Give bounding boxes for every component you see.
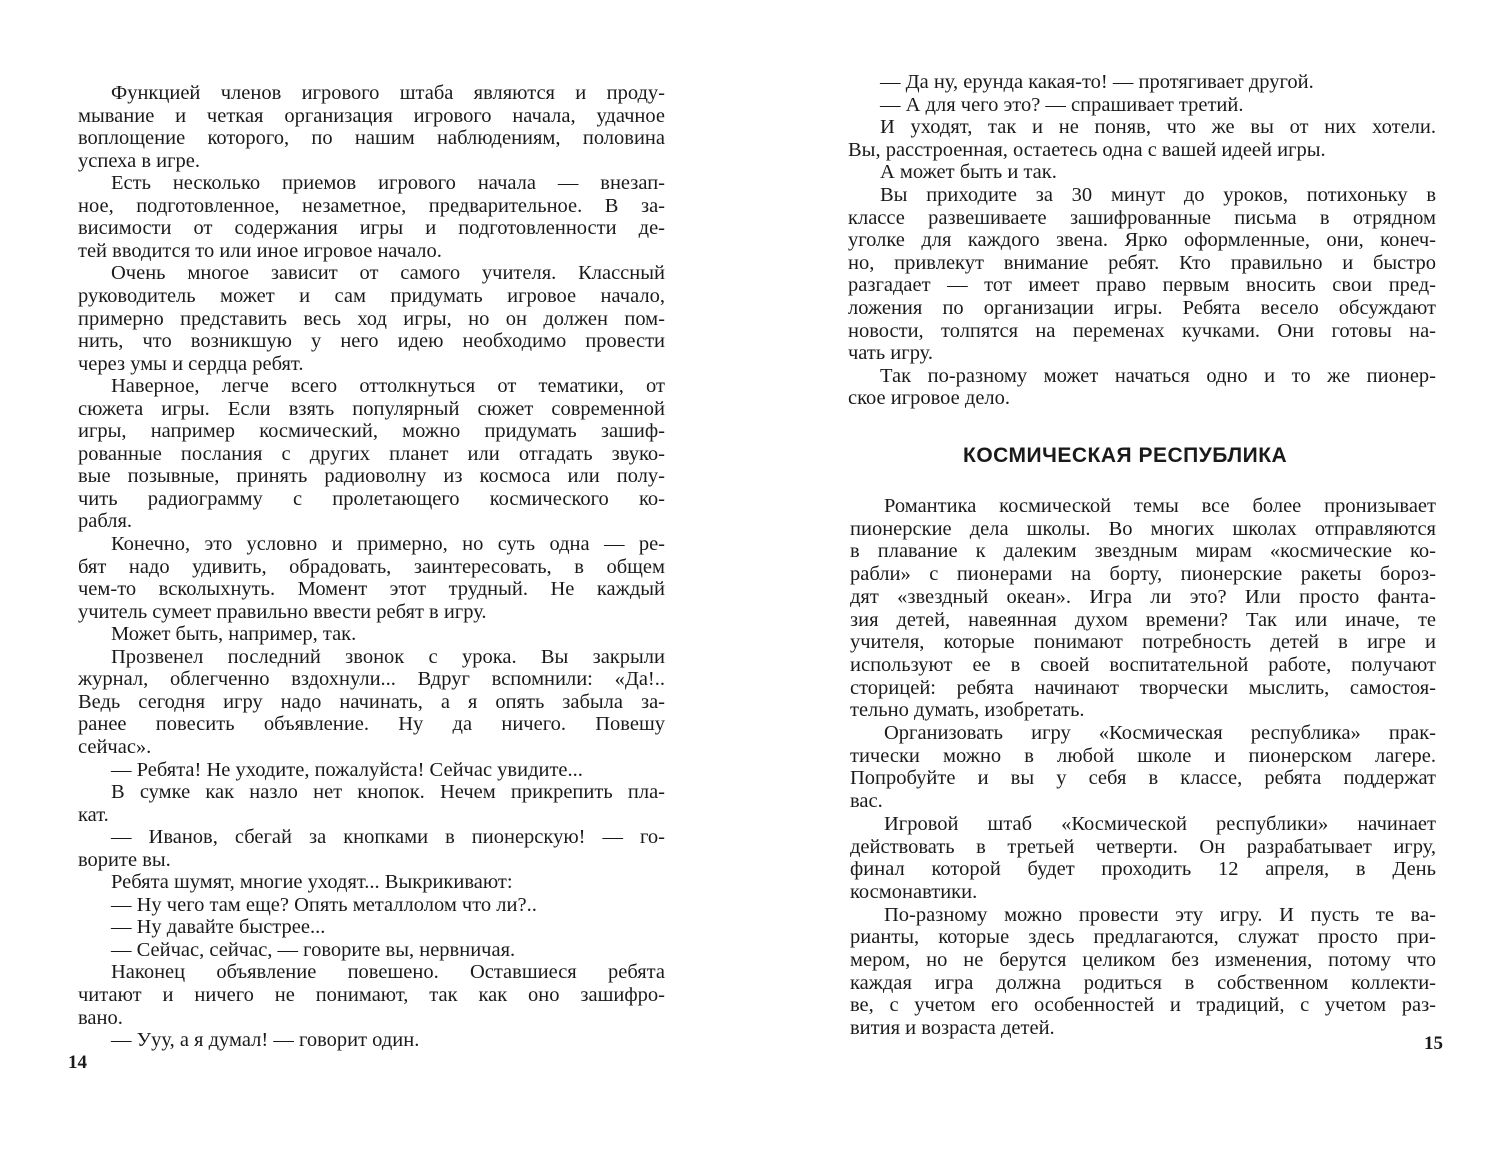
text-line: чем-то всколыхнуть. Момент этот трудный.… [78, 578, 665, 600]
text-line: Романтика космической темы все более про… [884, 495, 1436, 517]
text-line: вые позывные, принять радиоволну из косм… [78, 465, 665, 487]
text-line: каждая игра должна родиться в собственно… [850, 972, 1436, 994]
text-line: тей вводится то или иное игровое начало. [78, 240, 665, 262]
text-line: вития и возраста детей. [850, 1017, 1436, 1039]
text-line: И уходят, так и не поняв, что же вы от н… [880, 116, 1436, 138]
text-line: ворите вы. [78, 849, 665, 871]
text-line: учитель сумеет правильно ввести ребят в … [78, 601, 665, 623]
text-line: мером, но не берутся целиком без изменен… [850, 949, 1436, 971]
text-line: А может быть и так. [880, 161, 1436, 183]
section-heading: КОСМИЧЕСКАЯ РЕСПУБЛИКА [963, 444, 1287, 468]
text-line: кат. [78, 804, 665, 826]
text-line: используют ее в своей воспитательной раб… [850, 654, 1436, 676]
text-line: тически можно в любой школе и пионерском… [850, 745, 1436, 767]
text-line: мывание и четкая организация игрового на… [78, 105, 665, 127]
text-line: Вы приходите за 30 минут до уроков, поти… [880, 184, 1436, 206]
text-line: чать игру. [848, 342, 1436, 364]
text-line: рабля. [78, 510, 665, 532]
text-line: вано. [78, 1007, 665, 1029]
text-line: Так по-разному может начаться одно и то … [880, 365, 1436, 387]
text-line: учителя, которые понимают потребность де… [850, 631, 1436, 653]
text-line: зия детей, навеянная духом времени? Так … [850, 609, 1436, 631]
text-line: Есть несколько приемов игрового начала —… [111, 172, 665, 194]
text-line: нить, что возникшую у него идею необходи… [78, 330, 665, 352]
left-page: Функцией членов игрового штаба являются … [0, 0, 747, 1176]
text-line: — Иванов, сбегай за кнопками в пионерску… [111, 826, 665, 848]
text-line: но, привлекут внимание ребят. Кто правил… [848, 252, 1436, 274]
page-number: 14 [68, 1052, 87, 1074]
text-line: сейчас». [78, 736, 665, 758]
text-line: Может быть, например, так. [111, 623, 665, 645]
text-line: — Ууу, а я думал! — говорит один. [111, 1029, 665, 1051]
text-line: журнал, облегченно вздохнули... Вдруг вс… [78, 668, 665, 690]
text-line: космонавтики. [850, 881, 1436, 903]
text-line: через умы и сердца ребят. [78, 353, 665, 375]
text-line: уголке для каждого звена. Ярко оформленн… [848, 229, 1436, 251]
text-line: сюжета игры. Если взять популярный сюжет… [78, 398, 665, 420]
text-line: действовать в третьей четверти. Он разра… [850, 836, 1436, 858]
text-line: читают и ничего не понимают, так как оно… [78, 984, 665, 1006]
text-line: Ребята шумят, многие уходят... Выкрикива… [111, 871, 665, 893]
text-line: — Ну давайте быстрее... [111, 916, 665, 938]
text-line: рабли» с пионерами на борту, пионерские … [850, 563, 1436, 585]
text-line: — Да ну, ерунда какая-то! — протягивает … [880, 71, 1436, 93]
text-line: финал которой будет проходить 12 апреля,… [850, 858, 1436, 880]
text-line: — Ну чего там еще? Опять металлолом что … [111, 894, 665, 916]
text-line: чить радиограмму с пролетающего космичес… [78, 488, 665, 510]
text-line: игры, например космический, можно придум… [78, 420, 665, 442]
text-line: Наконец объявление повешено. Оставшиеся … [111, 961, 665, 983]
text-line: успеха в игре. [78, 150, 665, 172]
text-line: ское игровое дело. [848, 387, 1436, 409]
text-line: По-разному можно провести эту игру. И пу… [884, 904, 1436, 926]
text-line: вас. [850, 790, 1436, 812]
text-line: — Ребята! Не уходите, пожалуйста! Сейчас… [111, 759, 665, 781]
text-line: классе развешиваете зашифрованные письма… [848, 207, 1436, 229]
text-line: висимости от содержания игры и подготовл… [78, 217, 665, 239]
text-line: руководитель может и сам придумать игров… [78, 285, 665, 307]
text-line: в плавание к далеким звездным мирам «кос… [850, 540, 1436, 562]
text-line: Очень многое зависит от самого учителя. … [111, 262, 665, 284]
text-line: Наверное, легче всего оттолкнуться от те… [111, 375, 665, 397]
text-line: Конечно, это условно и примерно, но суть… [111, 533, 665, 555]
text-line: Попробуйте и вы у себя в классе, ребята … [850, 767, 1436, 789]
page-number: 15 [1424, 1033, 1443, 1055]
text-line: Игровой штаб «Космической республики» на… [884, 813, 1436, 835]
text-line: сторицей: ребята начинают творчески мысл… [850, 677, 1436, 699]
text-line: бят надо удивить, обрадовать, заинтересо… [78, 556, 665, 578]
right-page: — Да ну, ерунда какая-то! — протягивает … [747, 0, 1494, 1176]
text-line: воплощение которого, по нашим наблюдения… [78, 127, 665, 149]
text-line: дят «звездный океан». Игра ли это? Или п… [850, 586, 1436, 608]
text-line: Ведь сегодня игру надо начинать, а я опя… [78, 691, 665, 713]
text-line: Функцией членов игрового штаба являются … [111, 82, 665, 104]
text-line: В сумке как назло нет кнопок. Нечем прик… [111, 781, 665, 803]
text-line: пионерские дела школы. Во многих школах … [850, 518, 1436, 540]
text-line: ложения по организации игры. Ребята весе… [848, 297, 1436, 319]
text-line: новости, толпятся на переменах кучками. … [848, 320, 1436, 342]
text-line: ве, с учетом его особенностей и традиций… [850, 994, 1436, 1016]
text-line: ранее повесить объявление. Ну да ничего.… [78, 713, 665, 735]
text-line: тельно думать, изобретать. [850, 699, 1436, 721]
text-line: Вы, расстроенная, остаетесь одна с вашей… [848, 139, 1436, 161]
text-line: примерно представить весь ход игры, но о… [78, 308, 665, 330]
text-line: — А для чего это? — спрашивает третий. [880, 94, 1436, 116]
text-line: Организовать игру «Космическая республик… [884, 722, 1436, 744]
text-line: рианты, которые здесь предлагаются, служ… [850, 926, 1436, 948]
text-line: — Сейчас, сейчас, — говорите вы, нервнич… [111, 939, 665, 961]
text-line: ное, подготовленное, незаметное, предвар… [78, 195, 665, 217]
text-line: разгадает — тот имеет право первым вноси… [848, 274, 1436, 296]
text-line: Прозвенел последний звонок с урока. Вы з… [111, 646, 665, 668]
text-line: рованные послания с других планет или от… [78, 443, 665, 465]
